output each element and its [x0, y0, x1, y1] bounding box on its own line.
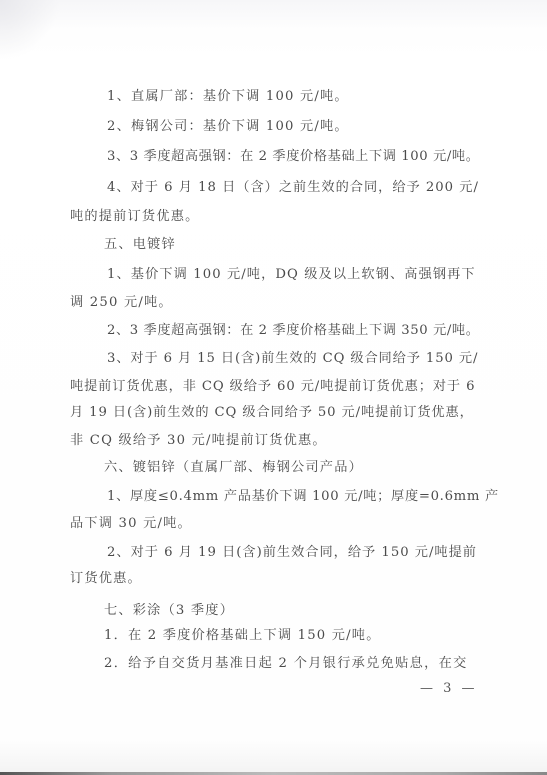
list-item: 4、对于 6 月 18 日（含）之前生效的合同，给予 200 元/ — [107, 179, 472, 197]
scan-corner-shadow — [0, 0, 60, 60]
list-item: 3、3 季度超高强钢：在 2 季度价格基础上下调 100 元/吨。 — [107, 148, 472, 166]
list-item: 1、厚度≤0.4mm 产品基价下调 100 元/吨；厚度=0.6mm 产 — [107, 488, 472, 506]
list-item-continuation: 非 CQ 级给予 30 元/吨提前订货优惠。 — [70, 432, 470, 450]
list-item-continuation: 吨提前订货优惠，非 CQ 级给予 60 元/吨提前订货优惠；对于 6 — [70, 378, 470, 396]
section-heading: 六、镀铝锌（直属厂部、梅钢公司产品） — [104, 459, 504, 477]
list-item-continuation: 品下调 30 元/吨。 — [70, 515, 470, 533]
list-item-continuation: 吨的提前订货优惠。 — [70, 208, 470, 226]
list-item-continuation: 订货优惠。 — [70, 570, 470, 588]
list-item: 1、基价下调 100 元/吨，DQ 级及以上软钢、高强钢再下 — [107, 266, 472, 284]
list-item: 2、对于 6 月 19 日(含)前生效合同，给予 150 元/吨提前 — [107, 544, 472, 562]
list-item: 2、梅钢公司：基价下调 100 元/吨。 — [107, 118, 472, 136]
list-item: 1．在 2 季度价格基础上下调 150 元/吨。 — [104, 627, 504, 645]
section-heading: 七、彩涂（3 季度） — [104, 602, 504, 620]
list-item: 1、直属厂部：基价下调 100 元/吨。 — [107, 88, 472, 106]
page-number: — 3 — — [420, 681, 478, 696]
list-item-continuation: 调 250 元/吨。 — [70, 294, 470, 312]
document-page: 1、直属厂部：基价下调 100 元/吨。 2、梅钢公司：基价下调 100 元/吨… — [0, 0, 547, 775]
list-item-continuation: 月 19 日(含)前生效的 CQ 级合同给予 50 元/吨提前订货优惠， — [70, 404, 470, 422]
list-item: 2．给予自交货月基准日起 2 个月银行承兑免贴息，在交 — [104, 655, 504, 673]
list-item: 3、对于 6 月 15 日(含)前生效的 CQ 级合同给予 150 元/ — [107, 350, 472, 368]
list-item: 2、3 季度超高强钢：在 2 季度价格基础上下调 350 元/吨。 — [107, 322, 472, 340]
section-heading: 五、电镀锌 — [104, 236, 504, 254]
